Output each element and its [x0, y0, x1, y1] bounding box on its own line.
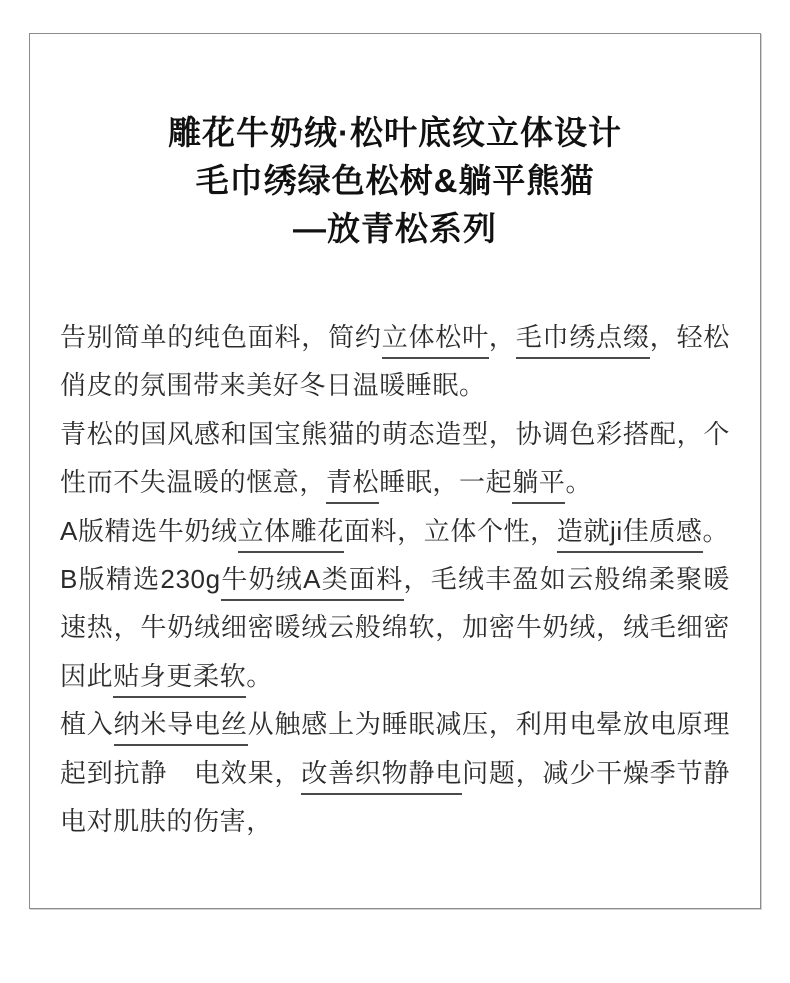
text-run: B版精选230g	[60, 564, 221, 594]
paragraph: B版精选230g牛奶绒A类面料，毛绒丰盈如云般绵柔聚暖速热，牛奶绒细密暖绒云般绵…	[60, 555, 730, 700]
paragraph: A版精选牛奶绒立体雕花面料，立体个性，造就ji佳质感。	[60, 507, 730, 555]
text-run: 睡眠，一起	[379, 467, 512, 497]
underlined-text: 造就ji佳质感	[557, 516, 703, 553]
text-run: 。	[703, 516, 730, 546]
title-line-1: 雕花牛奶绒·松叶底纹立体设计	[60, 109, 730, 157]
text-run: ，	[489, 322, 516, 352]
underlined-text: 立体雕花	[238, 516, 344, 553]
underlined-text: 贴身更柔软	[113, 661, 246, 698]
description-body: 告别简单的纯色面料，简约立体松叶，毛巾绣点缀，轻松俏皮的氛围带来美好冬日温暖睡眠…	[60, 313, 730, 845]
paragraph: 植入纳米导电丝从触感上为睡眠减压，利用电晕放电原理起到抗静 电效果，改善织物静电…	[60, 700, 730, 845]
underlined-text: 青松	[326, 467, 379, 504]
paragraph: 青松的国风感和国宝熊猫的萌态造型，协调色彩搭配，个性而不失温暖的惬意，青松睡眠，…	[60, 410, 730, 507]
underlined-text: 立体松叶	[382, 322, 489, 359]
product-title: 雕花牛奶绒·松叶底纹立体设计 毛巾绣绿色松树&躺平熊猫 —放青松系列	[60, 109, 730, 253]
title-line-2: 毛巾绣绿色松树&躺平熊猫	[60, 157, 730, 205]
paragraph: 告别简单的纯色面料，简约立体松叶，毛巾绣点缀，轻松俏皮的氛围带来美好冬日温暖睡眠…	[60, 313, 730, 410]
underlined-text: 牛奶绒A类面料	[221, 564, 404, 601]
underlined-text: 躺平	[512, 467, 565, 504]
underlined-text: 改善织物静电	[301, 758, 462, 795]
underlined-text: 纳米导电丝	[114, 709, 248, 746]
text-run: 植入	[60, 709, 114, 739]
page: 雕花牛奶绒·松叶底纹立体设计 毛巾绣绿色松树&躺平熊猫 —放青松系列 告别简单的…	[0, 0, 790, 983]
text-run: 面料，立体个性，	[344, 516, 557, 546]
content-frame: 雕花牛奶绒·松叶底纹立体设计 毛巾绣绿色松树&躺平熊猫 —放青松系列 告别简单的…	[29, 33, 761, 909]
text-run: 。	[565, 467, 592, 497]
title-line-3: —放青松系列	[60, 205, 730, 253]
text-run: A版精选牛奶绒	[60, 516, 238, 546]
underlined-text: 毛巾绣点缀	[516, 322, 650, 359]
text-run: 告别简单的纯色面料，简约	[60, 322, 382, 352]
text-run: 。	[246, 661, 273, 691]
